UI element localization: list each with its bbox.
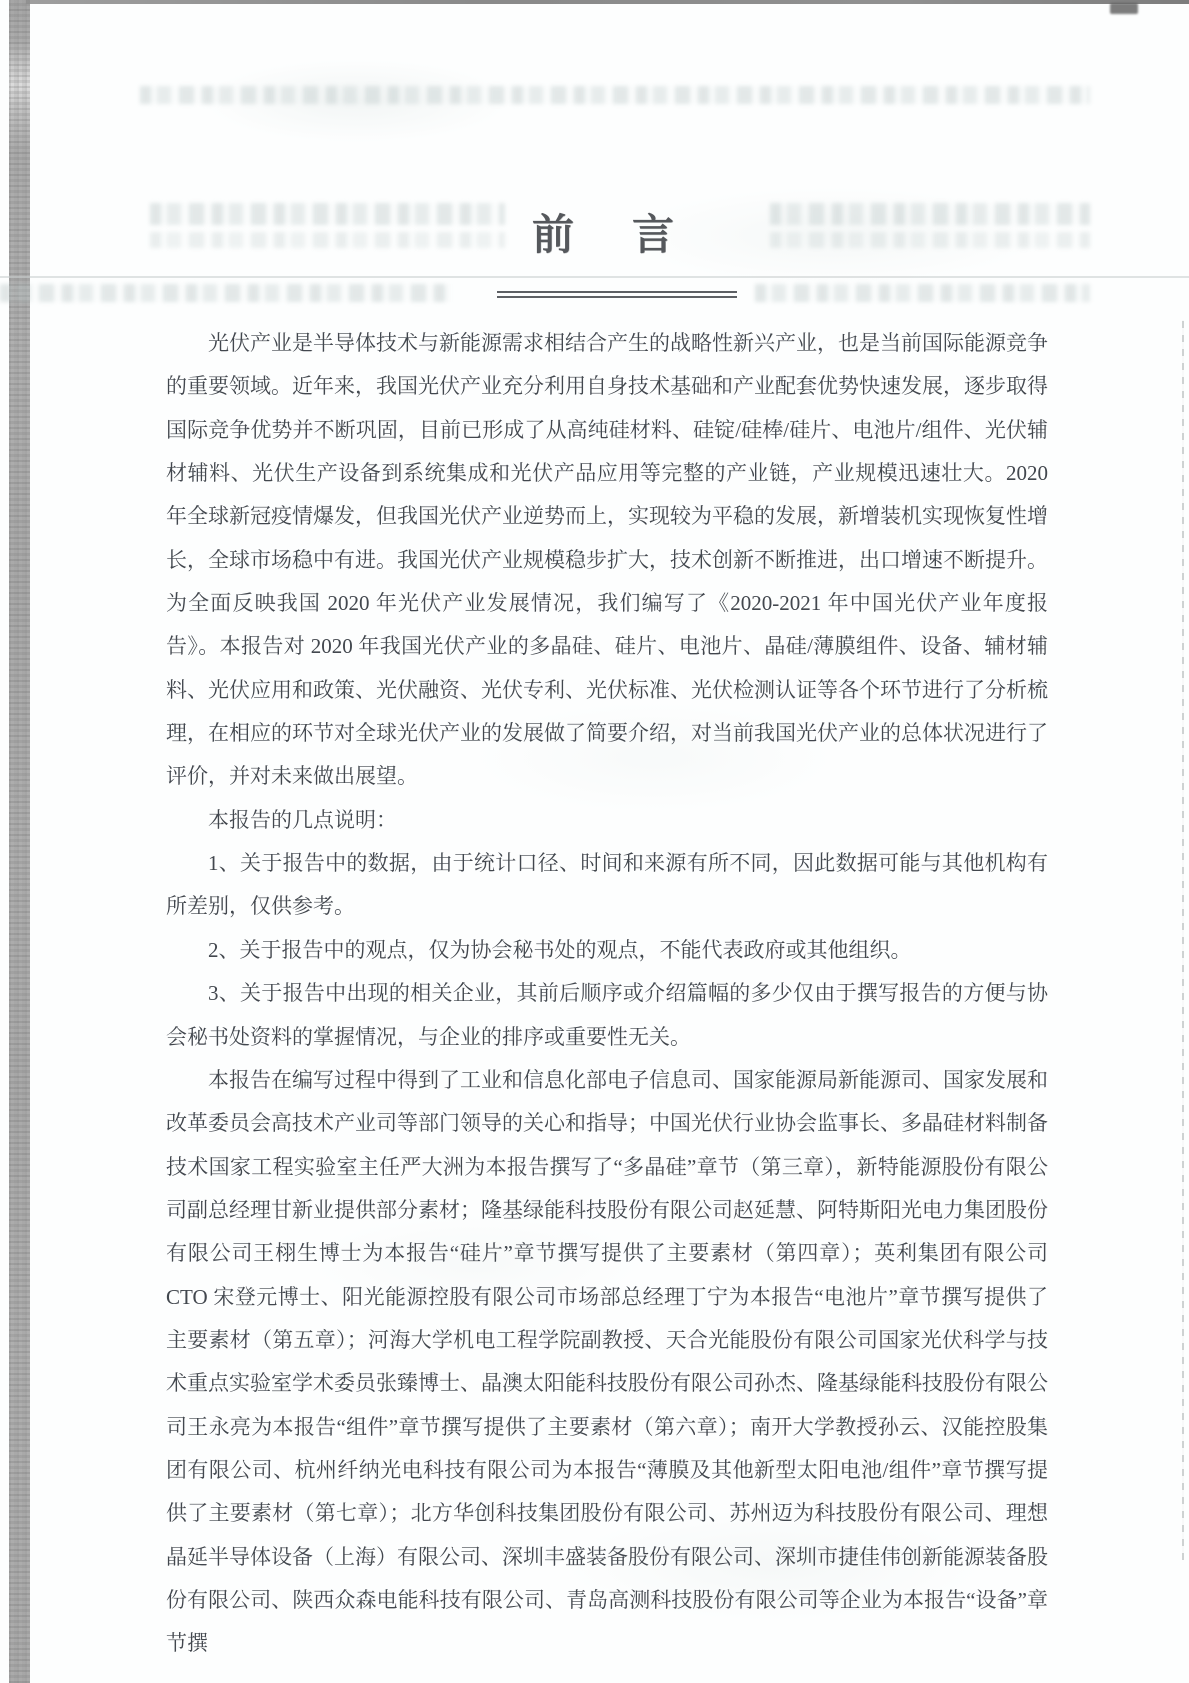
- document-body: 光伏产业是半导体技术与新能源需求相结合产生的战略性新兴产业，也是当前国际能源竞争…: [166, 322, 1048, 1666]
- paragraph-note-1: 1、关于报告中的数据，由于统计口径、时间和来源有所不同，因此数据可能与其他机构有…: [166, 842, 1048, 929]
- ink-bleedthrough-row: [0, 284, 450, 302]
- ink-bleedthrough-row: [140, 86, 1090, 104]
- paragraph-notes-heading: 本报告的几点说明：: [166, 799, 1048, 842]
- ink-bleedthrough-row: [755, 284, 1090, 302]
- scan-edge-top-line: [26, 0, 1189, 4]
- page-title: 前 言: [166, 212, 1048, 258]
- scan-hairline: [0, 276, 1189, 278]
- title-underline: [497, 291, 737, 298]
- paragraph-note-2: 2、关于报告中的观点，仅为协会秘书处的观点，不能代表政府或其他组织。: [166, 929, 1048, 972]
- paragraph-intro: 光伏产业是半导体技术与新能源需求相结合产生的战略性新兴产业，也是当前国际能源竞争…: [166, 322, 1048, 799]
- scanned-document-page: 前 言 光伏产业是半导体技术与新能源需求相结合产生的战略性新兴产业，也是当前国际…: [0, 0, 1189, 1683]
- paragraph-acknowledgements: 本报告在编写过程中得到了工业和信息化部电子信息司、国家能源局新能源司、国家发展和…: [166, 1059, 1048, 1666]
- title-block: 前 言: [166, 212, 1048, 258]
- scan-noise-left-strip: [9, 0, 30, 1683]
- scan-smudge-top-right: [1110, 3, 1138, 14]
- paragraph-note-3: 3、关于报告中出现的相关企业，其前后顺序或介绍篇幅的多少仅由于撰写报告的方便与协…: [166, 972, 1048, 1059]
- scan-edge-right-line: [1182, 320, 1184, 1560]
